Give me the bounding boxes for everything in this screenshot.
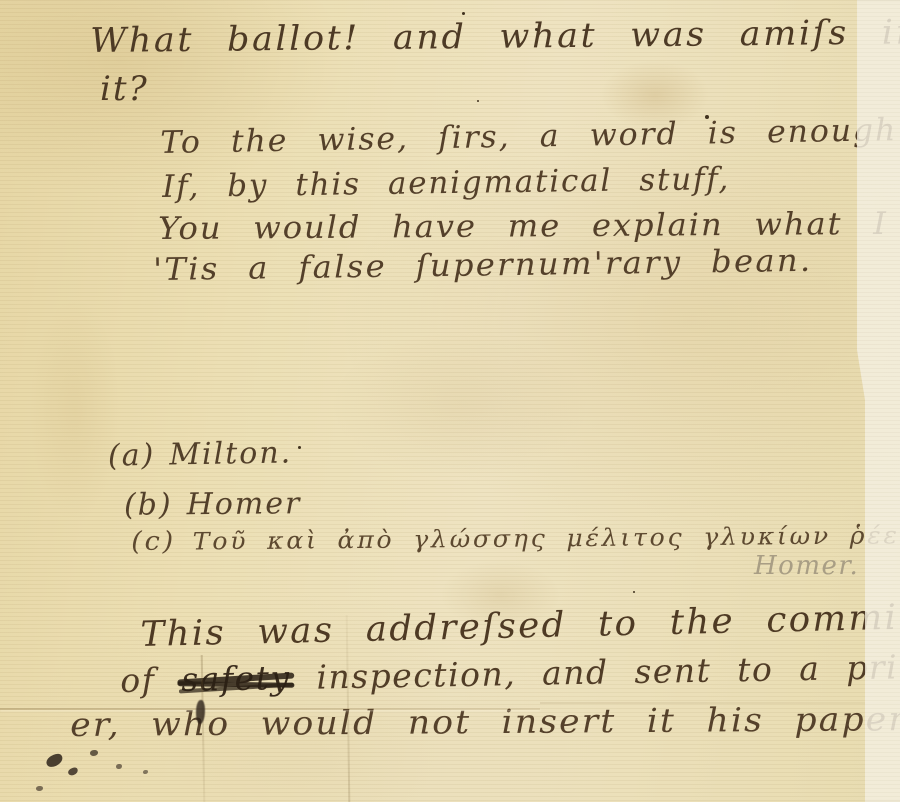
postscript-line-2: of safety inspection, and sent to a prin…: [120, 648, 900, 700]
paper-stain: [330, 330, 590, 480]
ink-speck: [462, 12, 465, 15]
postscript-line-3: er, who would not insert it his paper.: [70, 700, 900, 744]
footnote-a: (a)Milton.: [108, 435, 293, 473]
ink-blot: [36, 786, 43, 791]
postscript-line-1: This was addreſsed to the committee: [140, 596, 900, 655]
ink-blot: [90, 750, 98, 756]
ink-speck: [298, 446, 301, 449]
footnote-c-attribution: Homer.: [754, 551, 859, 581]
ink-blot: [116, 764, 122, 769]
headline-line-2: it?: [100, 70, 149, 109]
footnote-c-label: (c): [131, 527, 176, 557]
ink-blot: [143, 770, 148, 774]
headline-line-1: What ballot! and what was amiſs in: [90, 13, 900, 61]
postscript-line-2-prefix: of: [120, 660, 156, 700]
footnote-b-text: Homer: [186, 486, 301, 522]
verse-line-2: If, by this aenigmatical stuff,: [162, 162, 730, 206]
footnote-a-text: Milton.: [169, 435, 292, 472]
ink-speck: [477, 100, 479, 102]
ink-blot: [44, 752, 64, 769]
footnote-b-label: (b): [124, 487, 173, 522]
manuscript-page: What ballot! and what was amiſs in it? T…: [0, 0, 900, 802]
ink-blot: [67, 767, 79, 777]
ink-speck: [633, 591, 635, 593]
verse-line-1: To the wise, ſirs, a word is enough.: [160, 113, 900, 162]
footnote-b: (b)Homer: [124, 486, 302, 523]
postscript-line-2-suffix: inspection, and sent to a print-: [316, 647, 900, 697]
verse-line-3: You would have me explain what I mean: [158, 206, 900, 248]
paper-stain: [30, 300, 120, 520]
verse-line-4: 'Tis a false ſupernum'rary bean.: [153, 244, 813, 289]
crossed-out-word: safety: [181, 659, 291, 699]
footnote-a-label: (a): [108, 438, 156, 474]
